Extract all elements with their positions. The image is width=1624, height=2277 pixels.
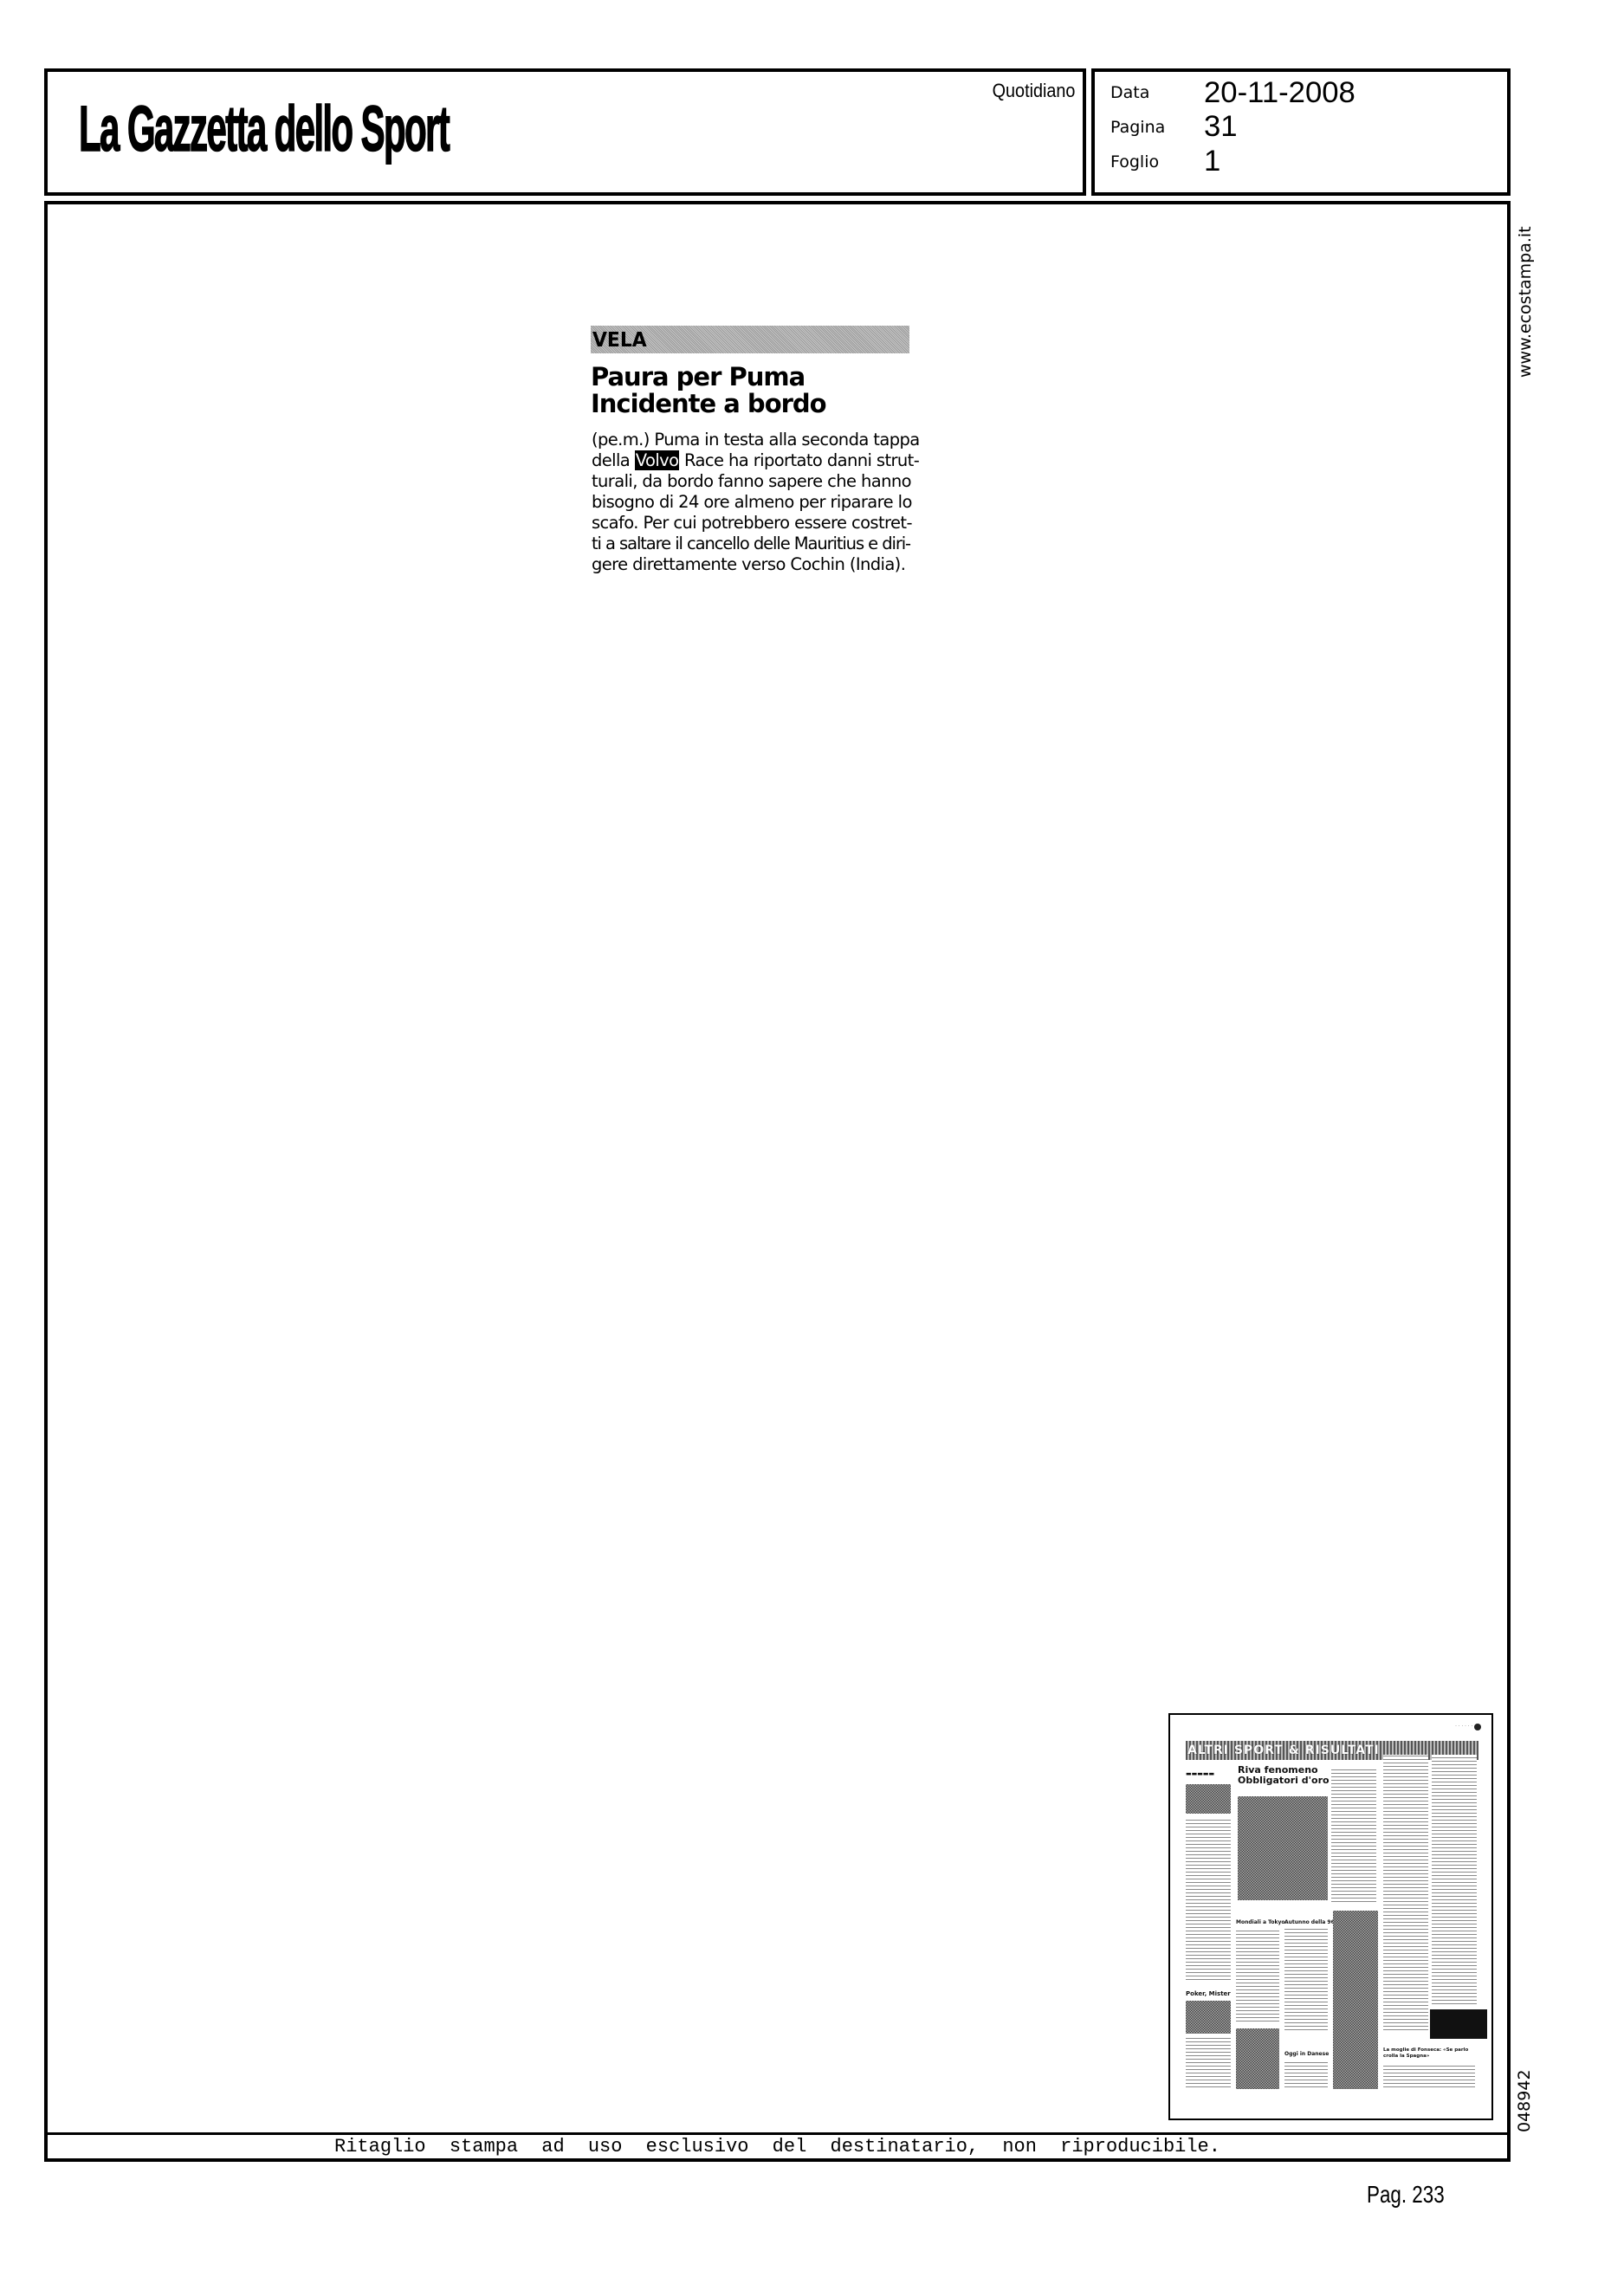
page-thumbnail: · · · · · · · ALTRI SPORT & RISULTATI ▬▬… bbox=[1168, 1713, 1493, 2120]
thumb-folio-dot bbox=[1474, 1724, 1481, 1730]
thumb-column bbox=[1284, 1928, 1328, 2032]
body-line: scafo. Per cui potrebbero essere costret… bbox=[592, 513, 910, 534]
thumb-column bbox=[1186, 2037, 1231, 2089]
thumb-headline: Riva fenomeno Obbligatori d'oro bbox=[1238, 1765, 1330, 1786]
thumb-column bbox=[1383, 1755, 1428, 2032]
publication-type: Quotidiano bbox=[992, 80, 1075, 102]
thumb-photo bbox=[1333, 1911, 1378, 2089]
thumb-column bbox=[1284, 2060, 1328, 2089]
body-line: (pe.m.) Puma in testa alla seconda tappa bbox=[592, 430, 910, 450]
thumb-subhead: Oggi in Danese bbox=[1284, 2051, 1329, 2057]
thumb-column bbox=[1186, 1817, 1231, 1982]
thumb-main-photo bbox=[1238, 1796, 1328, 1900]
article-headline: Paura per Puma Incidente a bordo bbox=[591, 364, 937, 417]
body-line: ti a saltare il cancello delle Mauritius… bbox=[592, 534, 910, 554]
thumb-column bbox=[1331, 1767, 1376, 1904]
thumb-column bbox=[1432, 1755, 1477, 2006]
meta-label-pagina: Pagina bbox=[1110, 118, 1165, 137]
meta-value-pagina: 31 bbox=[1204, 110, 1238, 144]
thumb-photo bbox=[1236, 2028, 1279, 2089]
headline-line: Incidente a bordo bbox=[591, 391, 937, 417]
meta-label-data: Data bbox=[1110, 83, 1149, 102]
meta-label-foglio: Foglio bbox=[1110, 152, 1159, 171]
clipping-code-vertical: 048942 bbox=[1515, 2069, 1534, 2132]
meta-value-data: 20-11-2008 bbox=[1204, 76, 1355, 110]
thumb-subhead: La moglie di Fonseca: «Se parlo crolla l… bbox=[1383, 2047, 1475, 2060]
thumb-column bbox=[1383, 2063, 1475, 2089]
thumb-subhead: Poker, Mister bbox=[1186, 1990, 1231, 1997]
footer-divider bbox=[44, 2132, 1511, 2135]
article-body: (pe.m.) Puma in testa alla seconda tappa… bbox=[592, 430, 910, 575]
thumb-photo bbox=[1186, 2001, 1231, 2034]
section-label: VELA bbox=[592, 329, 647, 352]
highlighted-keyword: Volvo bbox=[635, 450, 680, 470]
footer-notice: Ritaglio stampa ad uso esclusivo del des… bbox=[44, 2136, 1511, 2158]
newspaper-logo: La Gazzetta dello Sport bbox=[79, 97, 449, 161]
thumb-subhead: Autunno della 96 bbox=[1284, 1919, 1335, 1925]
page-number: Pag. 233 bbox=[1367, 2181, 1445, 2209]
thumb-subhead: ▬▬▬▬▬ bbox=[1186, 1770, 1214, 1777]
body-line: della Volvo Race ha riportato danni stru… bbox=[592, 450, 910, 471]
thumb-dark-box bbox=[1430, 2009, 1487, 2039]
body-line: bisogno di 24 ore almeno per riparare lo bbox=[592, 492, 910, 513]
thumb-photo bbox=[1186, 1784, 1231, 1814]
thumb-folio: · · · · · · · bbox=[1455, 1724, 1476, 1729]
website-vertical: www.ecostampa.it bbox=[1516, 226, 1535, 378]
thumb-subhead: Mondiali a Tokyo bbox=[1236, 1919, 1285, 1925]
thumb-column bbox=[1236, 1928, 1279, 2023]
body-line: turali, da bordo fanno sapere che hanno bbox=[592, 471, 910, 492]
headline-line: Paura per Puma bbox=[591, 364, 937, 391]
meta-value-foglio: 1 bbox=[1204, 145, 1220, 178]
section-bar: VELA bbox=[591, 326, 909, 353]
body-line: gere direttamente verso Cochin (India). bbox=[592, 554, 910, 575]
